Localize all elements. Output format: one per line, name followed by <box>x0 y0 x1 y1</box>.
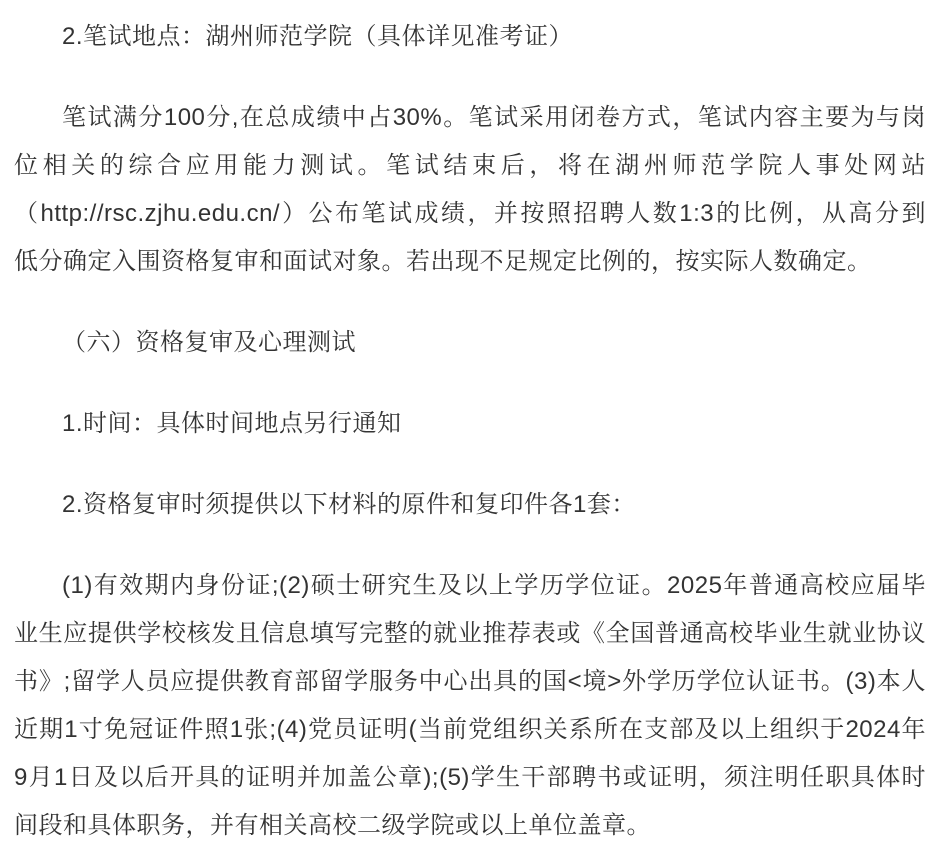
article-body: 2.笔试地点：湖州师范学院（具体详见准考证） 笔试满分100分,在总成绩中占30… <box>0 0 940 850</box>
paragraph-review-materials-intro: 2.资格复审时须提供以下材料的原件和复印件各1套： <box>14 481 926 529</box>
text-line: 近期1寸免冠证件照1张;(4)党员证明(当前党组织关系所在支部及以上组织于202… <box>14 706 926 754</box>
text-line: 低分确定入围资格复审和面试对象。若出现不足规定比例的，按实际人数确定。 <box>14 238 926 286</box>
text-line: 笔试满分100分,在总成绩中占30%。笔试采用闭卷方式，笔试内容主要为与岗 <box>14 94 926 142</box>
paragraph-exam-scoring: 笔试满分100分,在总成绩中占30%。笔试采用闭卷方式，笔试内容主要为与岗 位相… <box>14 94 926 286</box>
paragraph-review-time: 1.时间：具体时间地点另行通知 <box>14 400 926 448</box>
text-line: 2.笔试地点：湖州师范学院（具体详见准考证） <box>14 13 926 61</box>
text-line: （六）资格复审及心理测试 <box>14 319 926 367</box>
paragraph-review-materials-list: (1)有效期内身份证;(2)硕士研究生及以上学历学位证。2025年普通高校应届毕… <box>14 562 926 850</box>
text-line: （http://rsc.zjhu.edu.cn/）公布笔试成绩，并按照招聘人数1… <box>14 190 926 238</box>
text-line: 间段和具体职务，并有相关高校二级学院或以上单位盖章。 <box>14 802 926 850</box>
text-line: 位相关的综合应用能力测试。笔试结束后，将在湖州师范学院人事处网站 <box>14 142 926 190</box>
text-line: 9月1日及以后开具的证明并加盖公章);(5)学生干部聘书或证明，须注明任职具体时 <box>14 754 926 802</box>
text-line: 1.时间：具体时间地点另行通知 <box>14 400 926 448</box>
text-line: 业生应提供学校核发且信息填写完整的就业推荐表或《全国普通高校毕业生就业协议 <box>14 610 926 658</box>
text-line: 书》;留学人员应提供教育部留学服务中心出具的国<境>外学历学位认证书。(3)本人 <box>14 658 926 706</box>
text-line: (1)有效期内身份证;(2)硕士研究生及以上学历学位证。2025年普通高校应届毕 <box>14 562 926 610</box>
text-line: 2.资格复审时须提供以下材料的原件和复印件各1套： <box>14 481 926 529</box>
paragraph-exam-location: 2.笔试地点：湖州师范学院（具体详见准考证） <box>14 13 926 61</box>
heading-qualification-review: （六）资格复审及心理测试 <box>14 319 926 367</box>
